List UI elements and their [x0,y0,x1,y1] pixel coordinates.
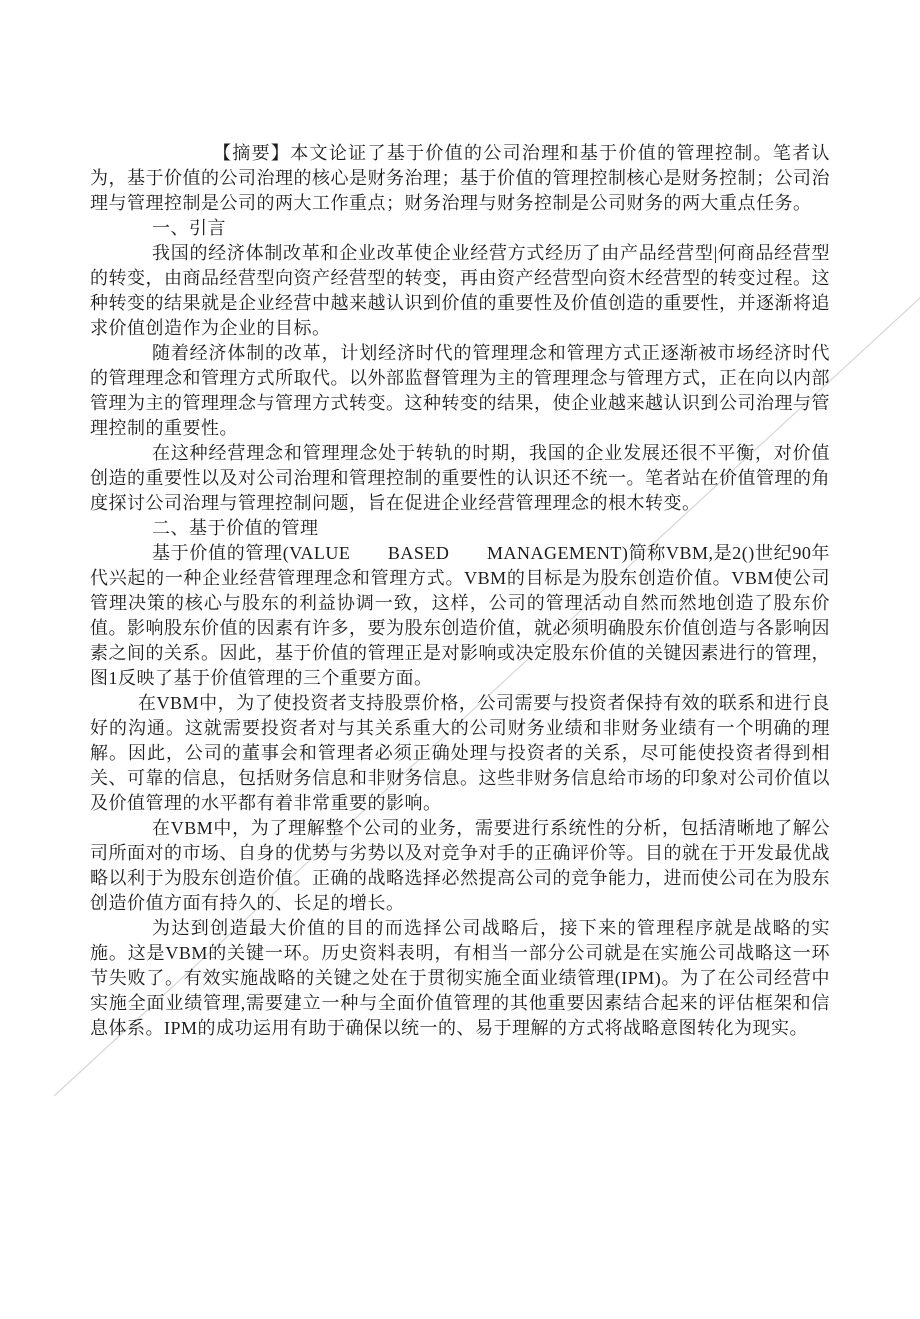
paragraph-reform-transition: 我国的经济体制改革和企业改革使企业经营方式经历了由产品经营型|何商品经营型的转变… [90,241,830,341]
paragraph-management-concept-shift: 随着经济体制的改革，计划经济时代的管理理念和管理方式正逐渐被市场经济时代的管理理… [90,341,830,441]
paragraph-vbm-investor-relations: 在VBM中，为了使投资者支持股票价格，公司需要与投资者保持有效的联系和进行良好的… [90,691,830,816]
paragraph-strategy-implementation-ipm: 为达到创造最大价值的目的而选择公司战略后，接下来的管理程序就是战略的实施。这是V… [90,916,830,1041]
document-content: 【摘要】本文论证了基于价值的公司治理和基于价值的管理控制。笔者认为，基于价值的公… [90,141,830,1041]
paragraph-author-perspective: 在这种经营理念和管理理念处于转轨的时期，我国的企业发展还很不平衡，对价值创造的重… [90,441,830,516]
document-page: 【摘要】本文论证了基于价值的公司治理和基于价值的管理控制。笔者认为，基于价值的公… [0,0,920,1319]
paragraph-vbm-business-analysis: 在VBM中，为了理解整个公司的业务，需要进行系统性的分析，包括清晰地了解公司所面… [90,816,830,916]
abstract-paragraph: 【摘要】本文论证了基于价值的公司治理和基于价值的管理控制。笔者认为，基于价值的公… [90,141,830,216]
paragraph-vbm-definition: 基于价值的管理(VALUE BASED MANAGEMENT)简称VBM,是2(… [90,541,830,691]
section-heading-introduction: 一、引言 [90,216,830,241]
section-heading-value-based-management: 二、基于价值的管理 [90,516,830,541]
